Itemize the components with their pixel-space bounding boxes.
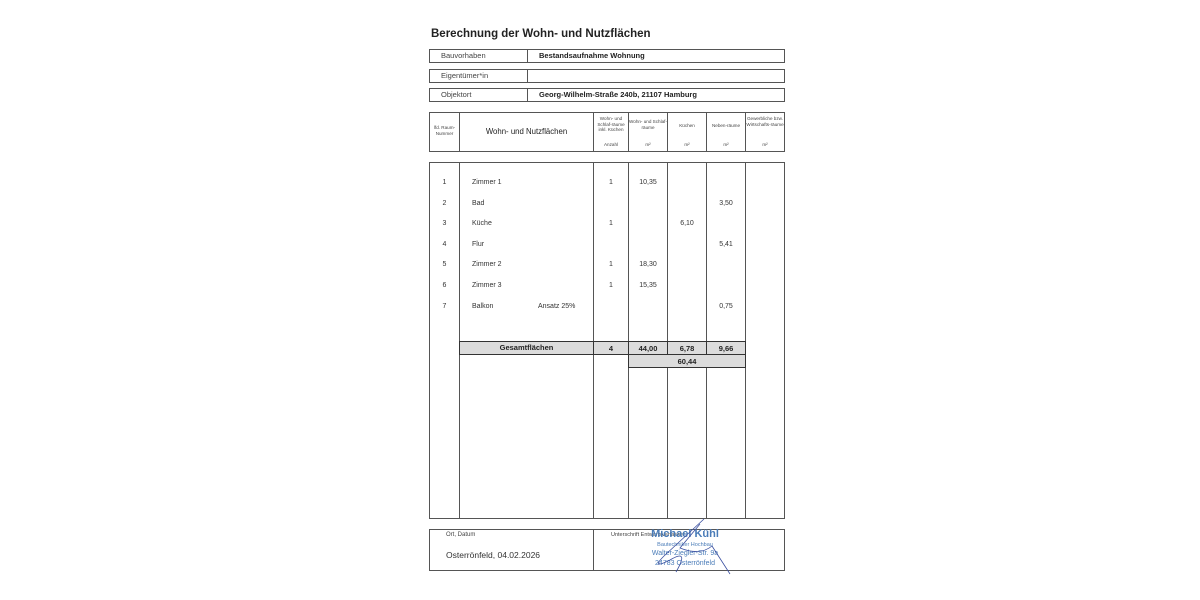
signature-scribble-icon — [0, 0, 1200, 600]
document-page: Berechnung der Wohn- und Nutzflächen Bau… — [0, 0, 1200, 600]
